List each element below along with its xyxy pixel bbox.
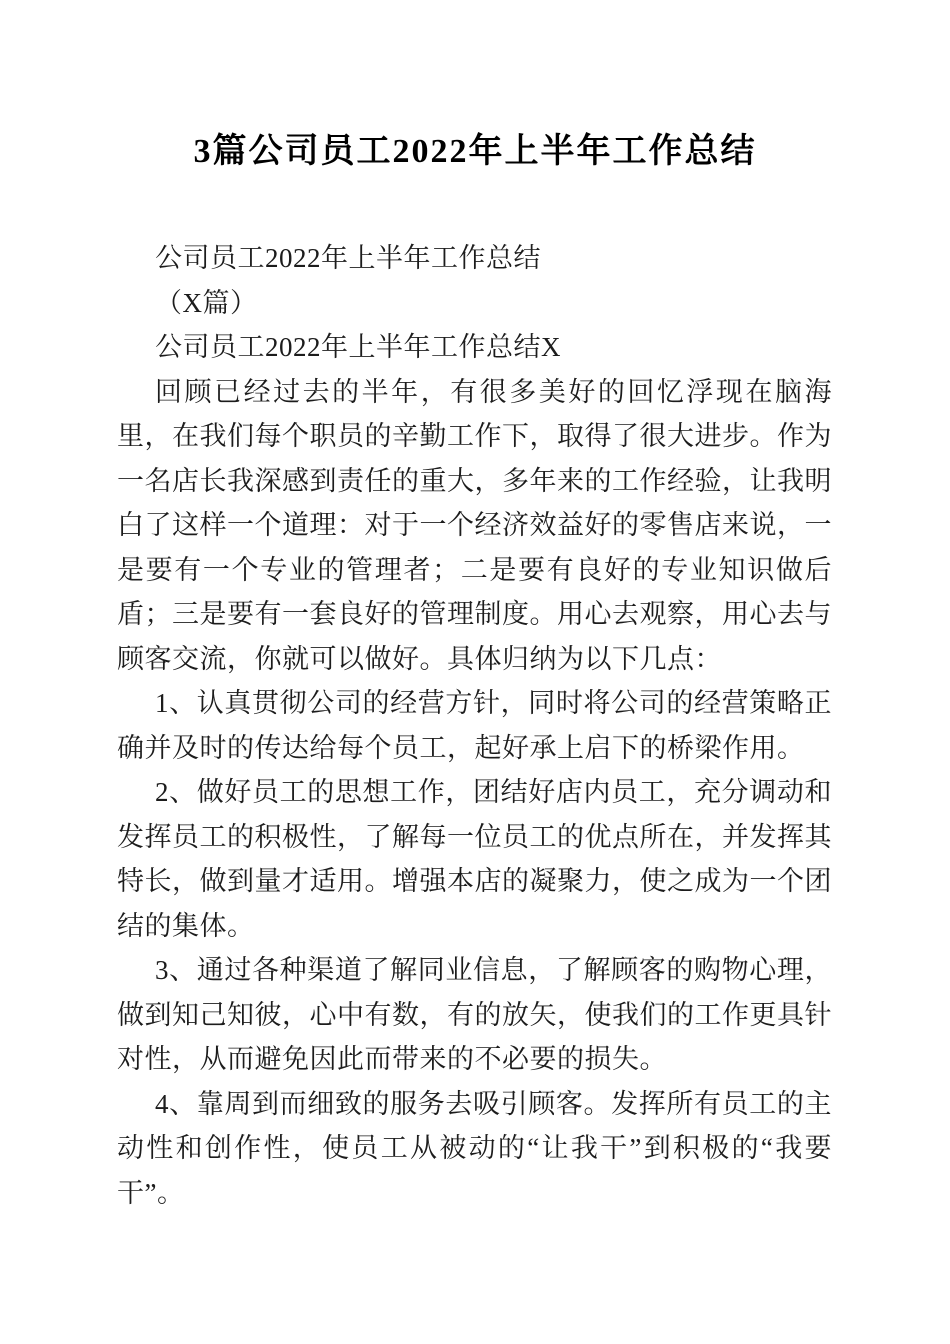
paragraph-intro: 回顾已经过去的半年，有很多美好的回忆浮现在脑海里，在我们每个职员的辛勤工作下，取… [117, 370, 832, 682]
paragraph-point-3: 3、通过各种渠道了解同业信息，了解顾客的购物心理，做到知己知彼，心中有数，有的放… [117, 948, 832, 1082]
paragraph-subtitle: 公司员工2022年上半年工作总结 [117, 236, 832, 281]
paragraph-point-1: 1、认真贯彻公司的经营方针，同时将公司的经营策略正确并及时的传达给每个员工，起好… [117, 681, 832, 770]
paragraph-point-4: 4、靠周到而细致的服务去吸引顾客。发挥所有员工的主动性和创作性，使员工从被动的“… [117, 1082, 832, 1216]
paragraph-piece-count: （X篇） [117, 281, 832, 326]
document-body: 公司员工2022年上半年工作总结 （X篇） 公司员工2022年上半年工作总结X … [117, 173, 832, 1215]
paragraph-point-2: 2、做好员工的思想工作，团结好店内员工，充分调动和发挥员工的积极性，了解每一位员… [117, 770, 832, 948]
paragraph-section-title: 公司员工2022年上半年工作总结X [117, 325, 832, 370]
document-title: 3篇公司员工2022年上半年工作总结 [0, 0, 950, 173]
document-page: 3篇公司员工2022年上半年工作总结 公司员工2022年上半年工作总结 （X篇）… [0, 0, 950, 1344]
